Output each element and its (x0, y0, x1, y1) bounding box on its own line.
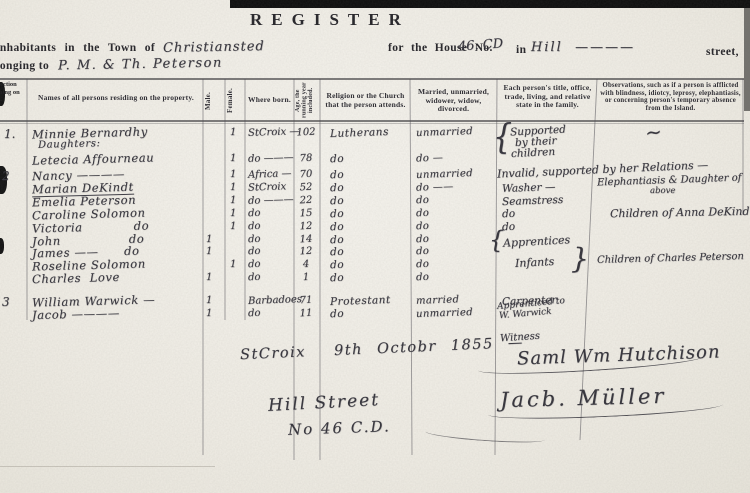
cell-name: Letecia Affourneau (32, 150, 155, 167)
cell-religion: do (330, 259, 344, 271)
cell-married-status: do (416, 233, 430, 244)
column-header-title-trade: Each person's title, office, trade, livi… (499, 84, 596, 110)
cell-religion: do (330, 182, 344, 194)
cell-where-born: StCroix — (248, 126, 300, 139)
cell-religion: do (330, 169, 344, 181)
cell-where-born: do (248, 220, 261, 231)
cell-female-tick: 1 (230, 182, 236, 193)
cell-where-born: do (248, 259, 261, 270)
note-children-of-anna: Children of Anna DeKindt (610, 205, 750, 221)
cell-married-status: married (416, 294, 460, 307)
cell-occupation: do (502, 207, 515, 219)
column-header-male: Male. (204, 83, 224, 119)
house-number-handwritten: 46. CD (458, 36, 504, 54)
cell-where-born: StCroix (248, 181, 287, 193)
cell-married-status: do (416, 259, 430, 270)
note-elephantiasis-line2: above (650, 186, 675, 196)
cell-where-born: do (248, 272, 261, 283)
cell-religion: do (330, 220, 344, 232)
cell-religion: do (330, 153, 344, 165)
heading-inhabitants-label: Inhabitants in the Town of (0, 42, 155, 54)
cell-male-tick: 1 (206, 308, 212, 319)
cell-where-born: do (248, 207, 261, 218)
cell-where-born: do (248, 308, 261, 319)
brace-mark: } (571, 242, 589, 275)
dateline-handwritten: StCroix 9th Octobr 1855 — (240, 335, 524, 363)
town-name-handwritten: Christiansted (163, 39, 265, 56)
tilde-mark: ~ (644, 119, 663, 145)
cell-female-tick: 1 (230, 259, 236, 270)
cell-female-tick: 1 (230, 153, 236, 164)
column-header-number-clip: Number of section or housekeeping on the… (0, 81, 25, 121)
street-handwritten: Hill Street (268, 390, 381, 416)
cell-occupation: Washer — (502, 181, 556, 195)
cell-married-status: do (416, 272, 430, 283)
group-number: 2 (2, 169, 10, 183)
cell-religion: do (330, 246, 344, 258)
cell-age: 12 (294, 220, 319, 232)
column-header-religion: Religion or the Church that the person a… (322, 92, 409, 109)
column-header-where-born: Where born. (246, 96, 293, 105)
note-supported-line3: children (511, 146, 556, 160)
column-header-age: Age, the running year included. (295, 81, 319, 120)
street-name-handwritten: Hill ———— (531, 40, 635, 55)
cell-age: 14 (294, 233, 319, 245)
cell-religion: do (330, 272, 344, 284)
cell-where-born: do (248, 246, 261, 257)
cell-age: 22 (294, 194, 319, 206)
scan-top-bar (230, 0, 750, 8)
signature-flourish (425, 426, 545, 445)
cell-male-tick: 1 (206, 295, 212, 306)
cell-married-status: unmarried (416, 168, 473, 181)
cell-female-tick: 1 (230, 127, 236, 138)
cell-female-tick: 1 (230, 169, 236, 180)
column-header-observations: Observations, such as if a person is aff… (599, 82, 742, 112)
cell-occupation: Seamstress (502, 194, 564, 208)
cell-age: 78 (294, 152, 319, 164)
heading-in-label: in (516, 44, 526, 56)
cell-religion: Lutherans (330, 126, 389, 140)
cell-female-tick: 1 (230, 195, 236, 206)
scan-edge-blob (0, 238, 4, 254)
cell-name: Daughters: (38, 138, 101, 151)
note-children-of-charles: Children of Charles Peterson (597, 251, 744, 266)
cell-female-tick: 1 (230, 208, 236, 219)
cell-married-status: do (416, 207, 430, 218)
note-infants: Infants (515, 255, 555, 270)
scan-faint-line (0, 466, 215, 467)
page-title: REGISTER (250, 10, 410, 30)
cell-age: 15 (294, 207, 319, 219)
cell-male-tick: 1 (206, 246, 212, 257)
cell-age: 4 (294, 259, 319, 271)
column-header-number: Number of section or housekeeping on the… (0, 81, 24, 104)
cell-where-born: Africa — (248, 168, 292, 181)
cell-religion: do (330, 233, 344, 245)
cell-age: 52 (294, 181, 319, 193)
cell-male-tick: 1 (206, 272, 212, 283)
cell-age: 71 (294, 294, 319, 306)
cell-religion: Protestant (330, 294, 391, 308)
cell-name: Charles Love (32, 270, 120, 286)
cell-age: 12 (294, 246, 319, 258)
column-header-names: Names of all persons residing on the pro… (30, 94, 202, 103)
note-apprentices: Apprentices (503, 233, 571, 249)
cell-married-status: do (416, 220, 430, 231)
cell-married-status: unmarried (416, 307, 473, 320)
heading-street-label: street, (706, 46, 739, 58)
cell-male-tick: 1 (206, 234, 212, 245)
witness-label-handwritten: Witness (500, 331, 541, 345)
scan-right-edge (744, 6, 750, 111)
group-number: 3 (2, 295, 10, 309)
group-number: 1. (4, 127, 15, 141)
brace-mark: { (493, 117, 512, 157)
cell-religion: do (330, 195, 344, 207)
cell-female-tick: 1 (230, 221, 236, 232)
cell-married-status: do (416, 246, 430, 257)
heading-belonging-label: belonging to (0, 60, 49, 72)
cell-married-status: unmarried (416, 126, 473, 139)
column-header-female: Female. (226, 83, 244, 119)
cell-married-status: do —— (416, 181, 454, 193)
owner-name-handwritten: P. M. & Th. Peterson (58, 56, 223, 74)
cell-age: 70 (294, 168, 319, 180)
column-header-married: Married, unmarried, widower, widow, divo… (411, 88, 496, 114)
cell-where-born: do (248, 233, 261, 244)
cell-age: 11 (294, 307, 319, 319)
house-number-handwritten-footer: No 46 C.D. (288, 417, 391, 439)
cell-age: 102 (294, 126, 319, 138)
cell-religion: do (330, 207, 344, 219)
register-document-scan: REGISTER Inhabitants in the Town of Chri… (0, 0, 750, 493)
cell-married-status: do (416, 195, 430, 206)
cell-where-born: do ——— (248, 152, 294, 165)
cell-religion: do (330, 308, 344, 320)
cell-where-born: do ——— (248, 194, 294, 207)
cell-married-status: do — (416, 152, 444, 164)
cell-name: Jacob ———— (32, 306, 120, 322)
cell-age: 1 (294, 272, 319, 284)
